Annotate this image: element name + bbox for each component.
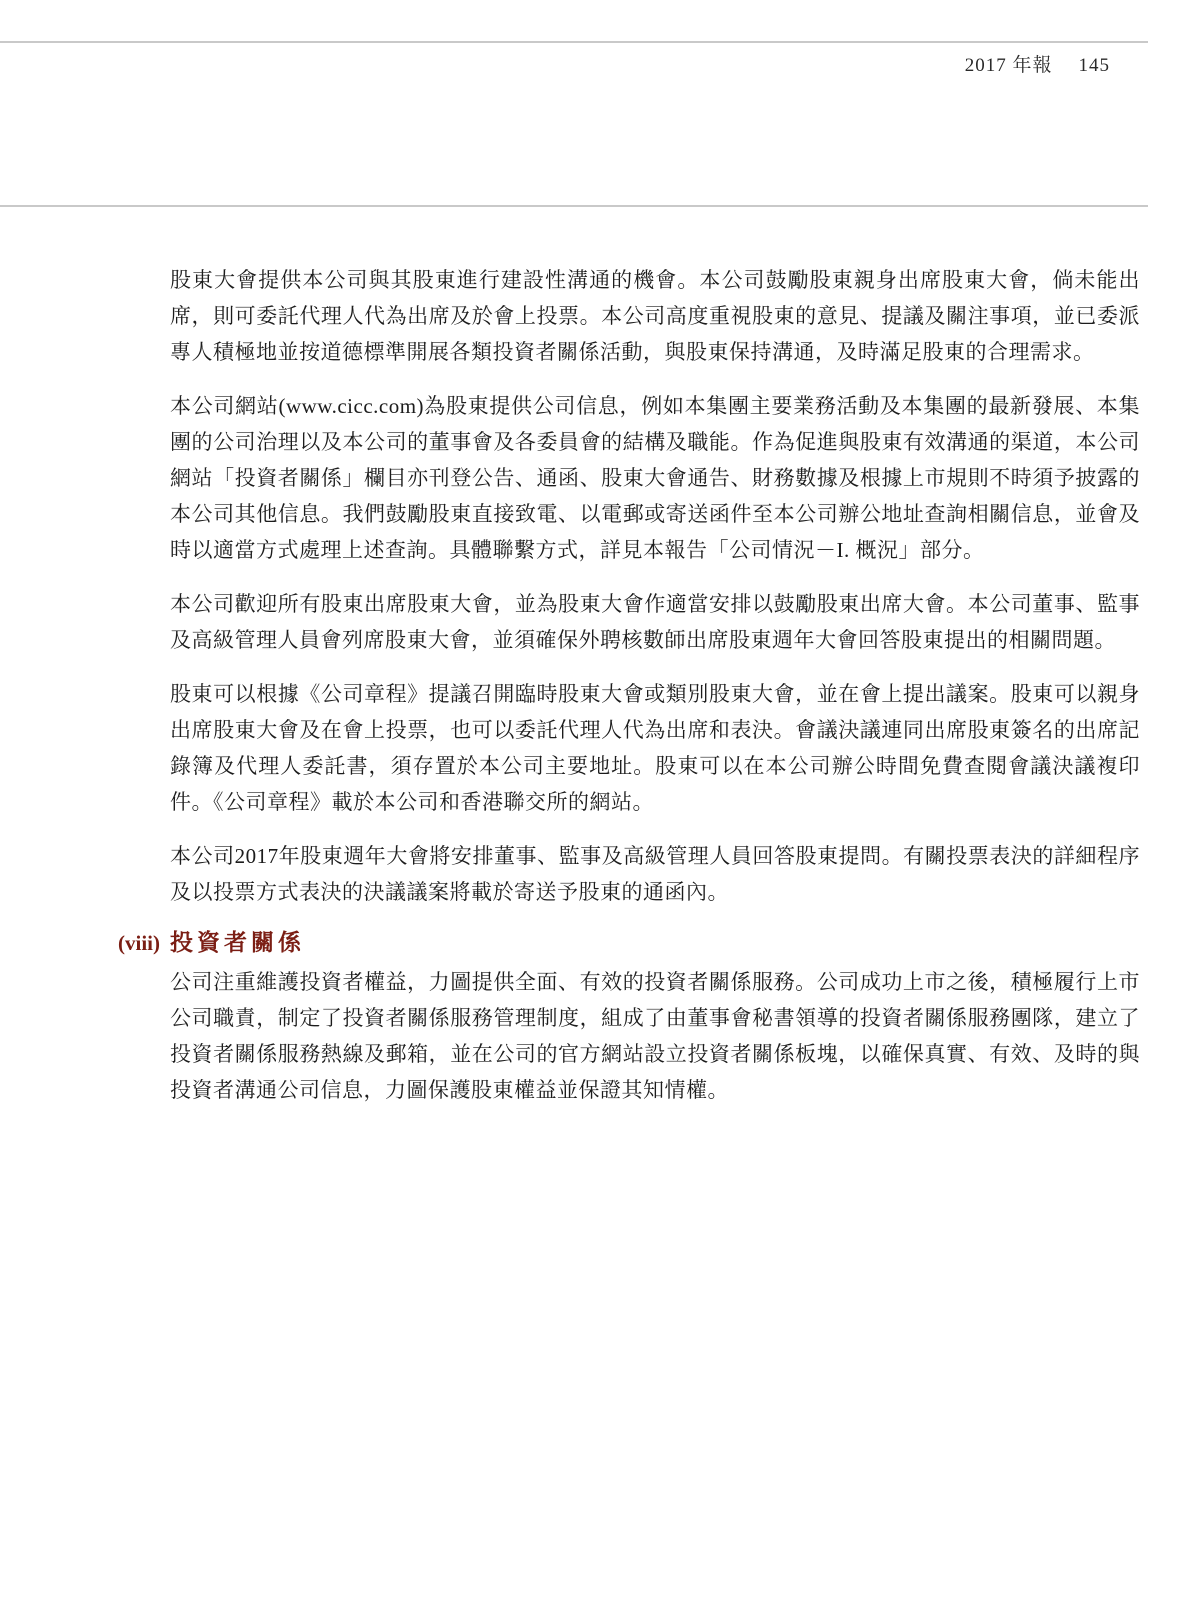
report-title: 2017 年報: [965, 50, 1053, 77]
paragraph-articles-of-association: 股東可以根據《公司章程》提議召開臨時股東大會或類別股東大會，並在會上提出議案。股…: [170, 676, 1140, 820]
header-rule-bottom: [0, 205, 1148, 207]
page-number: 145: [1079, 55, 1111, 77]
section-title: 投資者關係: [170, 928, 1140, 958]
paragraph-welcome-shareholders: 本公司歡迎所有股東出席股東大會，並為股東大會作適當安排以鼓勵股東出席大會。本公司…: [170, 586, 1140, 658]
document-page: 2017 年報 145 股東大會提供本公司與其股東進行建設性溝通的機會。本公司鼓…: [0, 0, 1190, 1615]
paragraph-2017-agm: 本公司2017年股東週年大會將安排董事、監事及高級管理人員回答股東提問。有關投票…: [170, 838, 1140, 910]
page-header: 2017 年報 145: [965, 50, 1110, 77]
section-number: (viii): [118, 931, 160, 956]
body-text-block: 股東大會提供本公司與其股東進行建設性溝通的機會。本公司鼓勵股東親身出席股東大會，…: [170, 262, 1140, 1126]
section-heading-investor-relations: (viii) 投資者關係: [170, 928, 1140, 958]
header-rule-top: [0, 41, 1148, 43]
paragraph-shareholder-meeting-communication: 股東大會提供本公司與其股東進行建設性溝通的機會。本公司鼓勵股東親身出席股東大會，…: [170, 262, 1140, 370]
paragraph-investor-relations: 公司注重維護投資者權益，力圖提供全面、有效的投資者關係服務。公司成功上市之後，積…: [170, 964, 1140, 1108]
paragraph-company-website-info: 本公司網站(www.cicc.com)為股東提供公司信息，例如本集團主要業務活動…: [170, 388, 1140, 568]
